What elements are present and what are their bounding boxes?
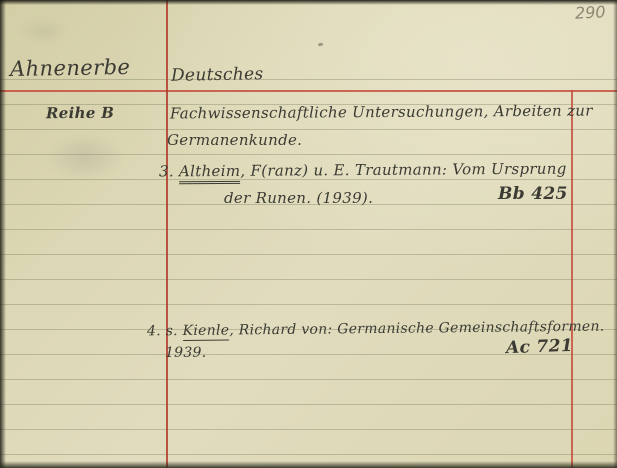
card-heading-right: Deutsches <box>171 64 264 86</box>
red-vertical-rule-left <box>166 0 168 468</box>
ink-speck <box>318 43 323 47</box>
scan-edge-left <box>0 0 6 468</box>
red-horizontal-rule <box>0 90 617 92</box>
card-heading-left: Ahnenerbe <box>10 55 131 81</box>
entry-3-line2: der Runen. (1939). <box>224 189 373 207</box>
catalog-card-scan: 290 Ahnenerbe Deutsches Reihe B Fachwiss… <box>0 0 617 468</box>
entry-4-line2: 1939. <box>165 345 206 361</box>
series-label: Reihe B <box>46 104 114 123</box>
scan-edge-top <box>0 0 617 5</box>
paper-smudge <box>18 18 68 44</box>
entry-4-number: 4. s. <box>147 323 178 339</box>
entry-3-line1: 3. Altheim, F(ranz) u. E. Trautmann: Vom… <box>159 160 567 181</box>
series-subtitle-line2: Germanenkunde. <box>167 131 302 149</box>
entry-4-author: Kienle <box>183 323 230 341</box>
paper-smudge <box>46 133 124 181</box>
scan-edge-bottom <box>0 461 617 468</box>
red-vertical-rule-right <box>571 90 573 468</box>
entry-3-shelfmark: Bb 425 <box>498 184 568 204</box>
scan-edge-right <box>613 0 617 468</box>
series-subtitle-line1: Fachwissenschaftliche Untersuchungen, Ar… <box>170 102 593 123</box>
entry-3-author: Altheim <box>179 162 240 184</box>
entry-3-title: , F(ranz) u. E. Trautmann: Vom Ursprung <box>240 160 566 180</box>
page-number: 290 <box>575 2 606 23</box>
entry-3-number: 3. <box>159 162 174 180</box>
entry-4-shelfmark: Ac 721 <box>506 336 574 358</box>
